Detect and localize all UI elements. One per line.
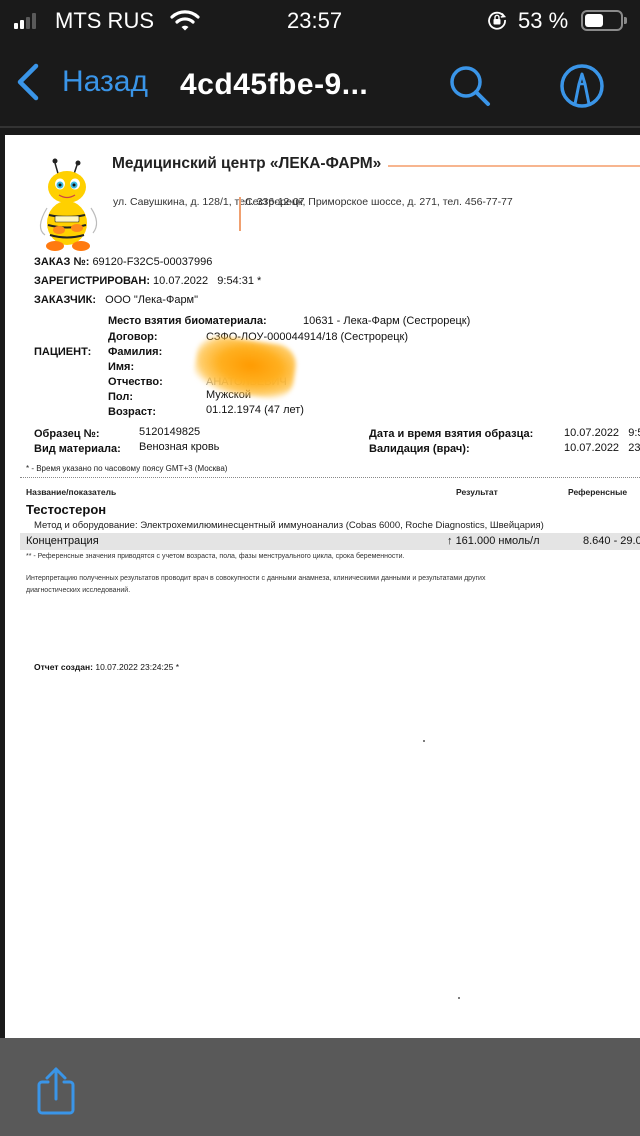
surname-label: Фамилия: — [108, 346, 162, 358]
sample-place-value: 10631 - Лека-Фарм (Сестрорецк) — [303, 315, 470, 327]
chevron-left-icon — [14, 62, 42, 102]
organization-name: Медицинский центр «ЛЕКА-ФАРМ» — [112, 155, 381, 173]
reference-range: 8.640 - 29.0 — [583, 535, 640, 547]
registered-datetime: ЗАРЕГИСТРИРОВАН: 10.07.2022 9:54:31 * — [34, 275, 261, 287]
cellular-signal-icon — [14, 13, 36, 29]
sample-datetime-value: 10.07.2022 9:5 — [564, 427, 640, 439]
timezone-note: * - Время указано по часовому поясу GMT+… — [26, 464, 227, 473]
address-secondary: Сестрорецк, Приморское шоссе, д. 271, те… — [245, 195, 513, 209]
name-label: Имя: — [108, 361, 134, 373]
contract-label: Договор: — [108, 331, 158, 343]
sample-no-value: 5120149825 — [139, 426, 200, 438]
markup-pen-icon[interactable] — [558, 62, 606, 110]
address-separator — [239, 197, 241, 231]
interpretation-note-line-1: Интерпретацию полученных результатов про… — [26, 575, 485, 582]
header-divider — [388, 165, 640, 167]
sample-datetime-label: Дата и время взятия образца: — [369, 428, 533, 440]
parameter-name: Концентрация — [26, 535, 99, 547]
battery-icon — [581, 10, 623, 31]
column-header-name: Название/показатель — [26, 487, 116, 497]
column-header-result: Результат — [456, 487, 498, 497]
report-created: Отчет создан: 10.07.2022 23:24:25 * — [34, 662, 179, 672]
patronymic-label: Отчество: — [108, 376, 163, 388]
stray-dot — [458, 997, 460, 999]
back-button[interactable]: Назад — [14, 62, 148, 102]
status-bar: MTS RUS 23:57 53 % — [0, 0, 640, 40]
document-title: 4cd45fbe-9... — [180, 68, 368, 102]
order-number: ЗАКАЗ №: 69120-F32C5-00037996 — [34, 256, 212, 268]
back-label: Назад — [62, 65, 148, 99]
column-header-reference: Референсные — [568, 487, 627, 497]
customer: ЗАКАЗЧИК: ООО "Лека-Фарм" — [34, 294, 198, 306]
age-value: 01.12.1974 (47 лет) — [206, 404, 304, 416]
age-label: Возраст: — [108, 406, 156, 418]
sample-no-label: Образец №: — [34, 428, 100, 440]
orientation-lock-icon — [487, 10, 507, 30]
material-value: Венозная кровь — [139, 441, 219, 453]
clock: 23:57 — [287, 8, 342, 34]
interpretation-note-line-2: диагностических исследований. — [26, 587, 130, 594]
high-flag-arrow-icon: ↑ — [447, 535, 453, 547]
validation-label: Валидация (врач): — [369, 443, 470, 455]
carrier-name: MTS RUS — [55, 8, 154, 34]
test-name: Тестостерон — [26, 502, 106, 517]
search-icon[interactable] — [446, 62, 494, 110]
sex-label: Пол: — [108, 391, 133, 403]
share-icon[interactable] — [34, 1066, 78, 1126]
bee-mascot-logo — [33, 153, 103, 253]
bottom-toolbar — [0, 1038, 640, 1136]
sample-place-label: Место взятия биоматериала: — [108, 315, 267, 327]
battery-percent: 53 % — [518, 8, 568, 34]
navigation-bar: Назад 4cd45fbe-9... — [0, 40, 640, 128]
table-row: Концентрация ↑ 161.000 нмоль/л 8.640 - 2… — [20, 533, 640, 550]
dotted-divider — [20, 477, 640, 478]
reference-note: ** - Референсные значения приводятся с у… — [26, 553, 405, 560]
result-value: ↑ 161.000 нмоль/л — [447, 535, 540, 547]
wifi-icon — [170, 8, 200, 32]
stray-dot — [423, 740, 425, 742]
patient-label: ПАЦИЕНТ: — [34, 346, 91, 358]
test-method: Метод и оборудование: Электрохемилюминес… — [34, 520, 544, 531]
validation-value: 10.07.2022 23: — [564, 442, 640, 454]
material-label: Вид материала: — [34, 443, 121, 455]
pdf-document-page[interactable]: Медицинский центр «ЛЕКА-ФАРМ» ул. Савушк… — [5, 135, 640, 1040]
